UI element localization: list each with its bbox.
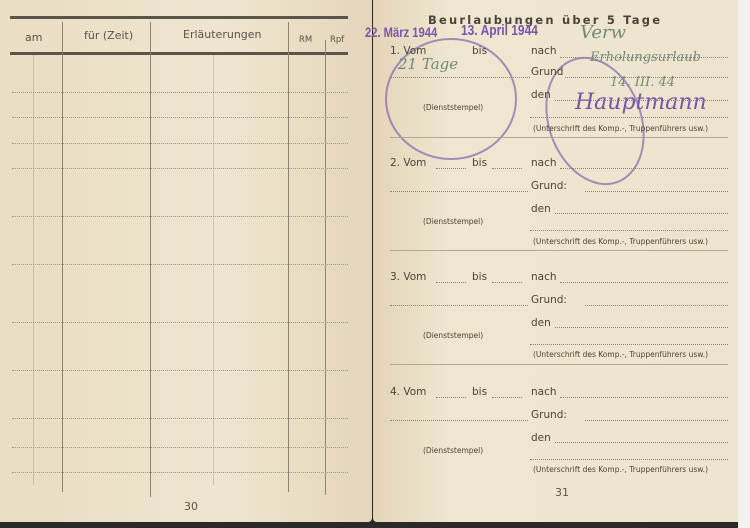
header-rule-bottom bbox=[10, 52, 348, 55]
entry-3-nach: nach bbox=[531, 271, 557, 283]
entry-1-den: den bbox=[531, 89, 551, 101]
entry-4-dienststempel: (Dienststempel) bbox=[423, 446, 483, 455]
entry-2-vom-field[interactable] bbox=[436, 168, 466, 169]
column-header-fuer-zeit: für (Zeit) bbox=[84, 29, 133, 42]
entry-1-grund-field[interactable] bbox=[565, 77, 728, 78]
column-divider bbox=[150, 22, 151, 497]
background-edge bbox=[738, 0, 750, 528]
table-row bbox=[12, 264, 348, 265]
entry-1-nach: nach bbox=[531, 45, 557, 57]
entry-2-bis-field[interactable] bbox=[492, 168, 522, 169]
entry-2-signature-field[interactable] bbox=[530, 230, 728, 231]
entry-4-grund-field[interactable] bbox=[585, 420, 728, 421]
entry-1-signature-field[interactable] bbox=[530, 117, 728, 118]
entry-4-grund: Grund: bbox=[531, 409, 567, 421]
entry-1-nach-field[interactable] bbox=[560, 57, 728, 58]
entry-4-den-field[interactable] bbox=[555, 442, 728, 443]
entry-2-grund: Grund: bbox=[531, 180, 567, 192]
table-row bbox=[12, 418, 348, 419]
entry-3-grund-field[interactable] bbox=[585, 305, 728, 306]
entry-2-line[interactable] bbox=[390, 191, 528, 192]
entry-1-vom: 1. Vom bbox=[390, 45, 426, 57]
entry-3-line[interactable] bbox=[390, 305, 528, 306]
entry-3-nach-field[interactable] bbox=[560, 282, 728, 283]
table-row bbox=[12, 143, 348, 144]
entry-3-signature-caption: (Unterschrift des Komp.-, Truppenführers… bbox=[533, 350, 708, 359]
entry-4-nach-field[interactable] bbox=[560, 397, 728, 398]
entry-3-vom-field[interactable] bbox=[436, 282, 466, 283]
entry-3-bis-field[interactable] bbox=[492, 282, 522, 283]
column-header-rm: RM bbox=[299, 35, 312, 45]
entry-2-signature-caption: (Unterschrift des Komp.-, Truppenführers… bbox=[533, 237, 708, 246]
page-number: 31 bbox=[555, 486, 569, 499]
table-row bbox=[12, 117, 348, 118]
header-rule-top bbox=[10, 16, 348, 19]
handwritten-days: 21 Tage bbox=[398, 55, 458, 73]
entry-2-vom: 2. Vom bbox=[390, 157, 426, 169]
entry-separator bbox=[390, 137, 728, 138]
stamp-date-from: 22. März 1944 bbox=[365, 24, 437, 40]
table-row bbox=[12, 216, 348, 217]
entry-1-den-field[interactable] bbox=[555, 100, 728, 101]
entry-3-vom: 3. Vom bbox=[390, 271, 426, 283]
entry-4-nach: nach bbox=[531, 386, 557, 398]
entry-1-dienststempel: (Dienststempel) bbox=[423, 103, 483, 112]
entry-2-den: den bbox=[531, 203, 551, 215]
entry-3-dienststempel: (Dienststempel) bbox=[423, 331, 483, 340]
table-row bbox=[12, 472, 348, 473]
handwritten-signature: Hauptmann bbox=[575, 90, 707, 115]
entry-4-den: den bbox=[531, 432, 551, 444]
column-divider bbox=[325, 40, 326, 495]
entry-4-bis: bis bbox=[472, 386, 487, 398]
handwritten-destination: Verw bbox=[580, 22, 626, 43]
table-row bbox=[12, 447, 348, 448]
entry-2-grund-field[interactable] bbox=[585, 191, 728, 192]
entry-2-nach-field[interactable] bbox=[560, 168, 728, 169]
entry-3-grund: Grund: bbox=[531, 294, 567, 306]
page-number: 30 bbox=[184, 500, 198, 513]
entry-4-vom-field[interactable] bbox=[436, 397, 466, 398]
column-header-erlaeuterungen: Erläuterungen bbox=[183, 28, 262, 41]
table-row bbox=[12, 322, 348, 323]
entry-4-vom: 4. Vom bbox=[390, 386, 426, 398]
entry-2-dienststempel: (Dienststempel) bbox=[423, 217, 483, 226]
entry-3-signature-field[interactable] bbox=[530, 344, 728, 345]
entry-separator bbox=[390, 250, 728, 251]
stamp-date-to: 13. April 1944 bbox=[461, 22, 538, 39]
entry-3-bis: bis bbox=[472, 271, 487, 283]
entry-4-signature-field[interactable] bbox=[530, 459, 728, 460]
entry-2-bis: bis bbox=[472, 157, 487, 169]
left-page: am für (Zeit) Erläuterungen RM Rpf 30 bbox=[0, 0, 372, 522]
entry-3-den: den bbox=[531, 317, 551, 329]
column-header-am: am bbox=[25, 31, 42, 44]
entry-4-line[interactable] bbox=[390, 420, 528, 421]
table-row bbox=[12, 92, 348, 93]
entry-4-signature-caption: (Unterschrift des Komp.-, Truppenführers… bbox=[533, 465, 708, 474]
entry-3-den-field[interactable] bbox=[555, 327, 728, 328]
entry-2-nach: nach bbox=[531, 157, 557, 169]
table-row bbox=[12, 168, 348, 169]
entry-1-line[interactable] bbox=[390, 77, 530, 78]
table-row bbox=[12, 370, 348, 371]
entry-1-signature-caption: (Unterschrift des Komp.-, Truppenführers… bbox=[533, 124, 708, 133]
entry-4-bis-field[interactable] bbox=[492, 397, 522, 398]
entry-1-bis: bis bbox=[472, 45, 487, 57]
entry-separator bbox=[390, 364, 728, 365]
entry-2-den-field[interactable] bbox=[555, 213, 728, 214]
faint-divider bbox=[33, 55, 34, 485]
column-header-rpf: Rpf bbox=[330, 35, 344, 45]
faint-divider bbox=[213, 55, 214, 485]
entry-1-grund: Grund bbox=[531, 66, 563, 78]
